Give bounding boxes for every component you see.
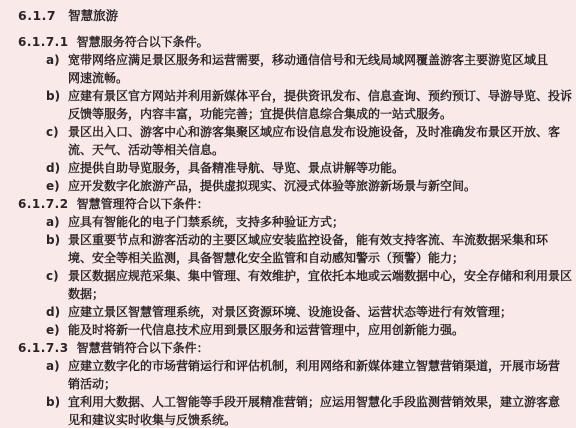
- list-item: b)宜利用大数据、人工智能等手段开展精准营销；应运用智慧化手段监测营销效果，建立…: [0, 393, 576, 428]
- item-text: 景区出入口、游客中心和游客集聚区域应布设信息发布设施设备，及时准确发布景区开放、…: [68, 123, 576, 159]
- text-line: 景区出入口、游客中心和游客集聚区域应布设信息发布设施设备，及时准确发布景区开放、…: [68, 123, 576, 141]
- item-label: d): [46, 303, 68, 321]
- clause-number: 6.1.7.1: [18, 33, 69, 51]
- text-line: 应开发数字化旅游产品，提供虚拟现实、沉浸式体验等旅游新场景与新空间。: [68, 177, 576, 195]
- list-item: e)应开发数字化旅游产品，提供虚拟现实、沉浸式体验等旅游新场景与新空间。: [0, 177, 576, 195]
- text-line: 应建立景区智慧管理系统，对景区资源环境、设施设备、运营状态等进行有效管理；: [68, 303, 576, 321]
- list-item: a)应建立数字化的市场营销运行和评估机制，利用网络和新媒体建立智慧营销渠道，开展…: [0, 357, 576, 393]
- clause-title-text: 智慧服务符合以下条件。: [77, 35, 209, 49]
- clause-heading: 6.1.7.3智慧营销符合以下条件：: [18, 339, 576, 357]
- list-item: e)能及时将新一代信息技术应用到景区服务和运营管理中，应用创新能力强。: [0, 321, 576, 339]
- list-item: a)应具有智能化的电子门禁系统，支持多种验证方式；: [0, 213, 576, 231]
- item-text: 景区数据应规范采集、集中管理、有效维护，宜依托本地或云端数据中心，安全存储和利用…: [68, 267, 576, 303]
- item-text: 能及时将新一代信息技术应用到景区服务和运营管理中，应用创新能力强。: [68, 321, 576, 339]
- list-item: a)宽带网络应满足景区服务和运营需要，移动通信信号和无线局域网覆盖游客主要游览区…: [0, 51, 576, 87]
- item-text: 应提供自助导览服务，具备精准导航、导览、景点讲解等功能。: [68, 159, 576, 177]
- text-line: 销活动；: [68, 375, 576, 393]
- text-line: 见和建议实时收集与反馈系统。: [68, 411, 576, 428]
- text-line: 应提供自助导览服务，具备精准导航、导览、景点讲解等功能。: [68, 159, 576, 177]
- text-line: 宽带网络应满足景区服务和运营需要，移动通信信号和无线局域网覆盖游客主要游览区域且: [68, 51, 576, 69]
- section-title: 智慧旅游: [68, 8, 118, 23]
- item-label: d): [46, 159, 68, 177]
- text-line: 宜利用大数据、人工智能等手段开展精准营销；应运用智慧化手段监测营销效果，建立游客…: [68, 393, 576, 411]
- section-heading: 6.1.7智慧旅游: [18, 7, 576, 24]
- text-line: 景区数据应规范采集、集中管理、有效维护，宜依托本地或云端数据中心，安全存储和利用…: [68, 267, 576, 285]
- item-label: e): [46, 321, 68, 339]
- text-line: 网速流畅。: [68, 69, 576, 87]
- item-text: 应建立数字化的市场营销运行和评估机制，利用网络和新媒体建立智慧营销渠道，开展市场…: [68, 357, 576, 393]
- clause-heading: 6.1.7.2智慧管理符合以下条件：: [18, 195, 576, 213]
- item-text: 应开发数字化旅游产品，提供虚拟现实、沉浸式体验等旅游新场景与新空间。: [68, 177, 576, 195]
- item-label: b): [46, 231, 68, 249]
- text-line: 流、天气、活动等相关信息。: [68, 141, 576, 159]
- clause-number: 6.1.7.2: [18, 195, 69, 213]
- item-label: b): [46, 87, 68, 105]
- text-line: 数据；: [68, 285, 576, 303]
- item-label: a): [46, 213, 68, 231]
- clauses-container: 6.1.7.1智慧服务符合以下条件。a)宽带网络应满足景区服务和运营需要，移动通…: [0, 33, 576, 428]
- list-item: c)景区出入口、游客中心和游客集聚区域应布设信息发布设施设备，及时准确发布景区开…: [0, 123, 576, 159]
- list-item: b)应建有景区官方网站并利用新媒体平台，提供资讯发布、信息查询、预约预订、导游导…: [0, 87, 576, 123]
- item-label: c): [46, 267, 68, 285]
- text-line: 境、安全等相关监测，具备智慧化安全监管和自动感知警示（预警）能力；: [68, 249, 576, 267]
- clause-number: 6.1.7.3: [18, 339, 69, 357]
- clause-heading: 6.1.7.1智慧服务符合以下条件。: [18, 33, 576, 51]
- text-line: 反馈等服务，内容丰富，功能完善；宜提供信息综合集成的一站式服务。: [68, 105, 576, 123]
- clause-title-text: 智慧管理符合以下条件：: [77, 197, 209, 211]
- text-line: 景区重要节点和游客活动的主要区域应安装监控设备，能有效支持客流、车流数据采集和环: [68, 231, 576, 249]
- clause-title-text: 智慧营销符合以下条件：: [77, 341, 209, 355]
- document-page: 6.1.7智慧旅游 6.1.7.1智慧服务符合以下条件。a)宽带网络应满足景区服…: [0, 0, 576, 428]
- item-text: 应建立景区智慧管理系统，对景区资源环境、设施设备、运营状态等进行有效管理；: [68, 303, 576, 321]
- text-line: 应建有景区官方网站并利用新媒体平台，提供资讯发布、信息查询、预约预订、导游导览、…: [68, 87, 576, 105]
- text-line: 能及时将新一代信息技术应用到景区服务和运营管理中，应用创新能力强。: [68, 321, 576, 339]
- item-text: 宽带网络应满足景区服务和运营需要，移动通信信号和无线局域网覆盖游客主要游览区域且…: [68, 51, 576, 87]
- item-text: 景区重要节点和游客活动的主要区域应安装监控设备，能有效支持客流、车流数据采集和环…: [68, 231, 576, 267]
- text-line: 应建立数字化的市场营销运行和评估机制，利用网络和新媒体建立智慧营销渠道，开展市场…: [68, 357, 576, 375]
- text-line: 应具有智能化的电子门禁系统，支持多种验证方式；: [68, 213, 576, 231]
- list-item: d)应建立景区智慧管理系统，对景区资源环境、设施设备、运营状态等进行有效管理；: [0, 303, 576, 321]
- item-text: 宜利用大数据、人工智能等手段开展精准营销；应运用智慧化手段监测营销效果，建立游客…: [68, 393, 576, 428]
- item-label: c): [46, 123, 68, 141]
- item-text: 应建有景区官方网站并利用新媒体平台，提供资讯发布、信息查询、预约预订、导游导览、…: [68, 87, 576, 123]
- list-item: b)景区重要节点和游客活动的主要区域应安装监控设备，能有效支持客流、车流数据采集…: [0, 231, 576, 267]
- item-label: a): [46, 357, 68, 375]
- list-item: d)应提供自助导览服务，具备精准导航、导览、景点讲解等功能。: [0, 159, 576, 177]
- list-item: c)景区数据应规范采集、集中管理、有效维护，宜依托本地或云端数据中心，安全存储和…: [0, 267, 576, 303]
- item-text: 应具有智能化的电子门禁系统，支持多种验证方式；: [68, 213, 576, 231]
- item-label: e): [46, 177, 68, 195]
- item-label: b): [46, 393, 68, 411]
- item-label: a): [46, 51, 68, 69]
- section-number: 6.1.7: [18, 7, 56, 24]
